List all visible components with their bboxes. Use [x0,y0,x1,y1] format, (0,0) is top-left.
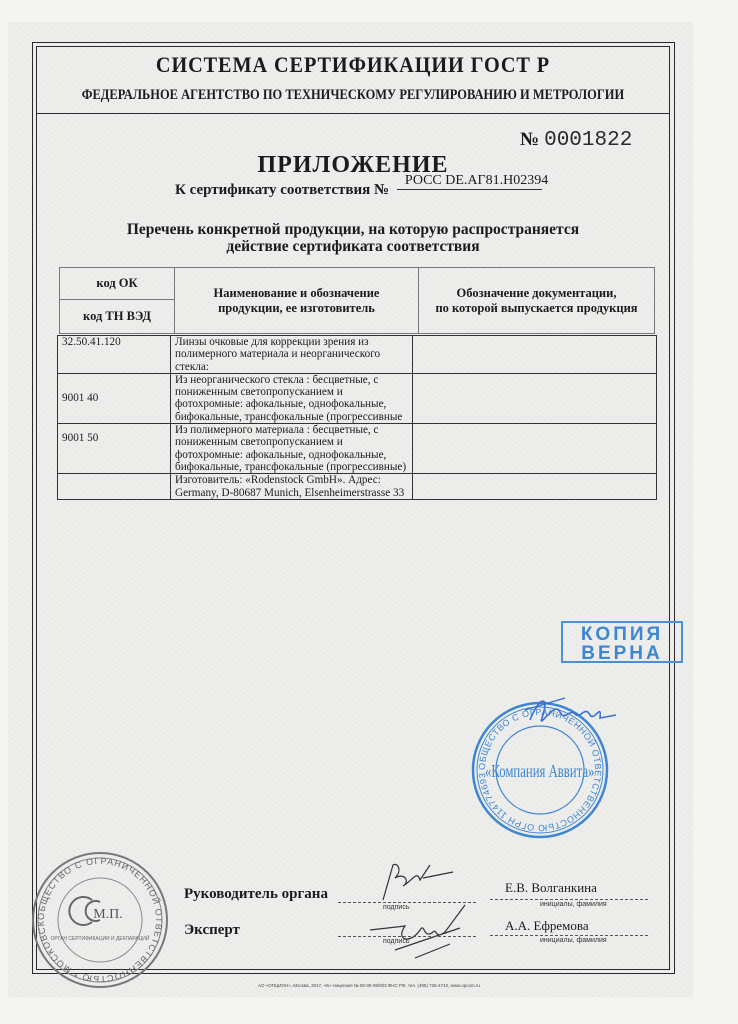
head-signature-line [338,902,476,903]
header-docs: Обозначение документации, по которой вып… [419,268,655,334]
certificate-reference: К сертификату соответствия № РОСС DE.АГ8… [175,182,542,200]
row-docs [413,424,657,474]
number-sign: № [520,129,539,150]
head-name-caption: инициалы, фамилия [540,901,607,908]
copy-stamp-line2: ВЕРНА [563,644,681,663]
certificate-number: РОСС DE.АГ81.Н02394 [397,173,542,190]
row-product: Из полимерного материала : бесцветные, с… [171,424,413,474]
header-docs-line1: Обозначение документации, [419,286,654,301]
expert-name-caption: инициалы, фамилия [540,937,607,944]
header-docs-line2: по которой выпускается продукция [419,301,654,316]
expert-signature-line [338,936,476,937]
header-code-tnved: код ТН ВЭД [60,300,175,334]
product-table: 32.50.41.120 Линзы очковые для коррекции… [57,335,657,500]
list-title-line1: Перечень конкретной продукции, на котору… [37,221,669,238]
table-row: 9001 40 Из неорганического стекла : бесц… [58,373,657,423]
row-code: 9001 50 [58,424,171,474]
organization-seal-icon: ОБЩЕСТВО С ОГРАНИЧЕННОЙ ОТВЕТСТВЕННОСТЬЮ… [30,850,170,990]
row-docs [413,336,657,374]
printer-imprint: АО «ОПЦИОН», Москва, 2017, «Б» лицензия … [0,983,738,988]
header-product-line2: продукции, ее изготовитель [175,301,418,316]
signature-head-icon [375,860,455,905]
head-label: Руководитель органа [184,886,328,903]
signature-expert-icon [365,900,475,960]
table-row: Изготовитель: «Rodenstock GmbH». Адрес: … [58,474,657,500]
header-divider [37,113,669,114]
row-product: Изготовитель: «Rodenstock GmbH». Адрес: … [171,474,413,500]
expert-name-line [490,935,648,936]
copy-certified-stamp: КОПИЯ ВЕРНА [561,621,683,663]
head-name-line [490,899,648,900]
row-code: 32.50.41.120 [58,336,171,374]
head-signature-caption: подпись [383,904,409,911]
row-code [58,474,171,500]
list-title: Перечень конкретной продукции, на котору… [37,221,669,255]
company-seal-center-text: «Компания Аввита» [485,762,594,782]
table-row: 9001 50 Из полимерного материала : бесцв… [58,424,657,474]
expert-signature-caption: подпись [383,938,409,945]
org-seal-center-text: М.П. [93,907,123,922]
form-number: № 0001822 [520,128,632,152]
appendix-title: ПРИЛОЖЕНИЕ [37,152,669,179]
header-product: Наименование и обозначение продукции, ее… [175,268,419,334]
row-code: 9001 40 [58,373,171,423]
agency-name: ФЕДЕРАЛЬНОЕ АГЕНТСТВО ПО ТЕХНИЧЕСКОМУ РЕ… [81,87,625,104]
form-number-value: 0001822 [544,129,632,152]
row-product: Из неорганического стекла : бесцветные, … [171,373,413,423]
org-seal-sub-text: ОРГАН СЕРТИФИКАЦИИ И ДЕКЛАРАЦИЙ [50,934,149,942]
signature-stamp-icon [520,690,620,740]
system-title: СИСТЕМА СЕРТИФИКАЦИИ ГОСТ Р [62,52,643,78]
header-code-ok: код ОК [60,268,175,300]
head-name: Е.В. Волганкина [505,880,597,896]
expert-name: А.А. Ефремова [505,918,589,934]
copy-stamp-line1: КОПИЯ [563,625,681,644]
header-product-line1: Наименование и обозначение [175,286,418,301]
expert-label: Эксперт [184,922,240,939]
table-row: 32.50.41.120 Линзы очковые для коррекции… [58,336,657,374]
row-docs [413,373,657,423]
row-product: Линзы очковые для коррекции зрения из по… [171,336,413,374]
list-title-line2: действие сертификата соответствия [37,238,669,255]
row-docs [413,474,657,500]
certificate-label: К сертификату соответствия № [175,182,389,198]
table-header: код ОК Наименование и обозначение продук… [59,267,655,334]
